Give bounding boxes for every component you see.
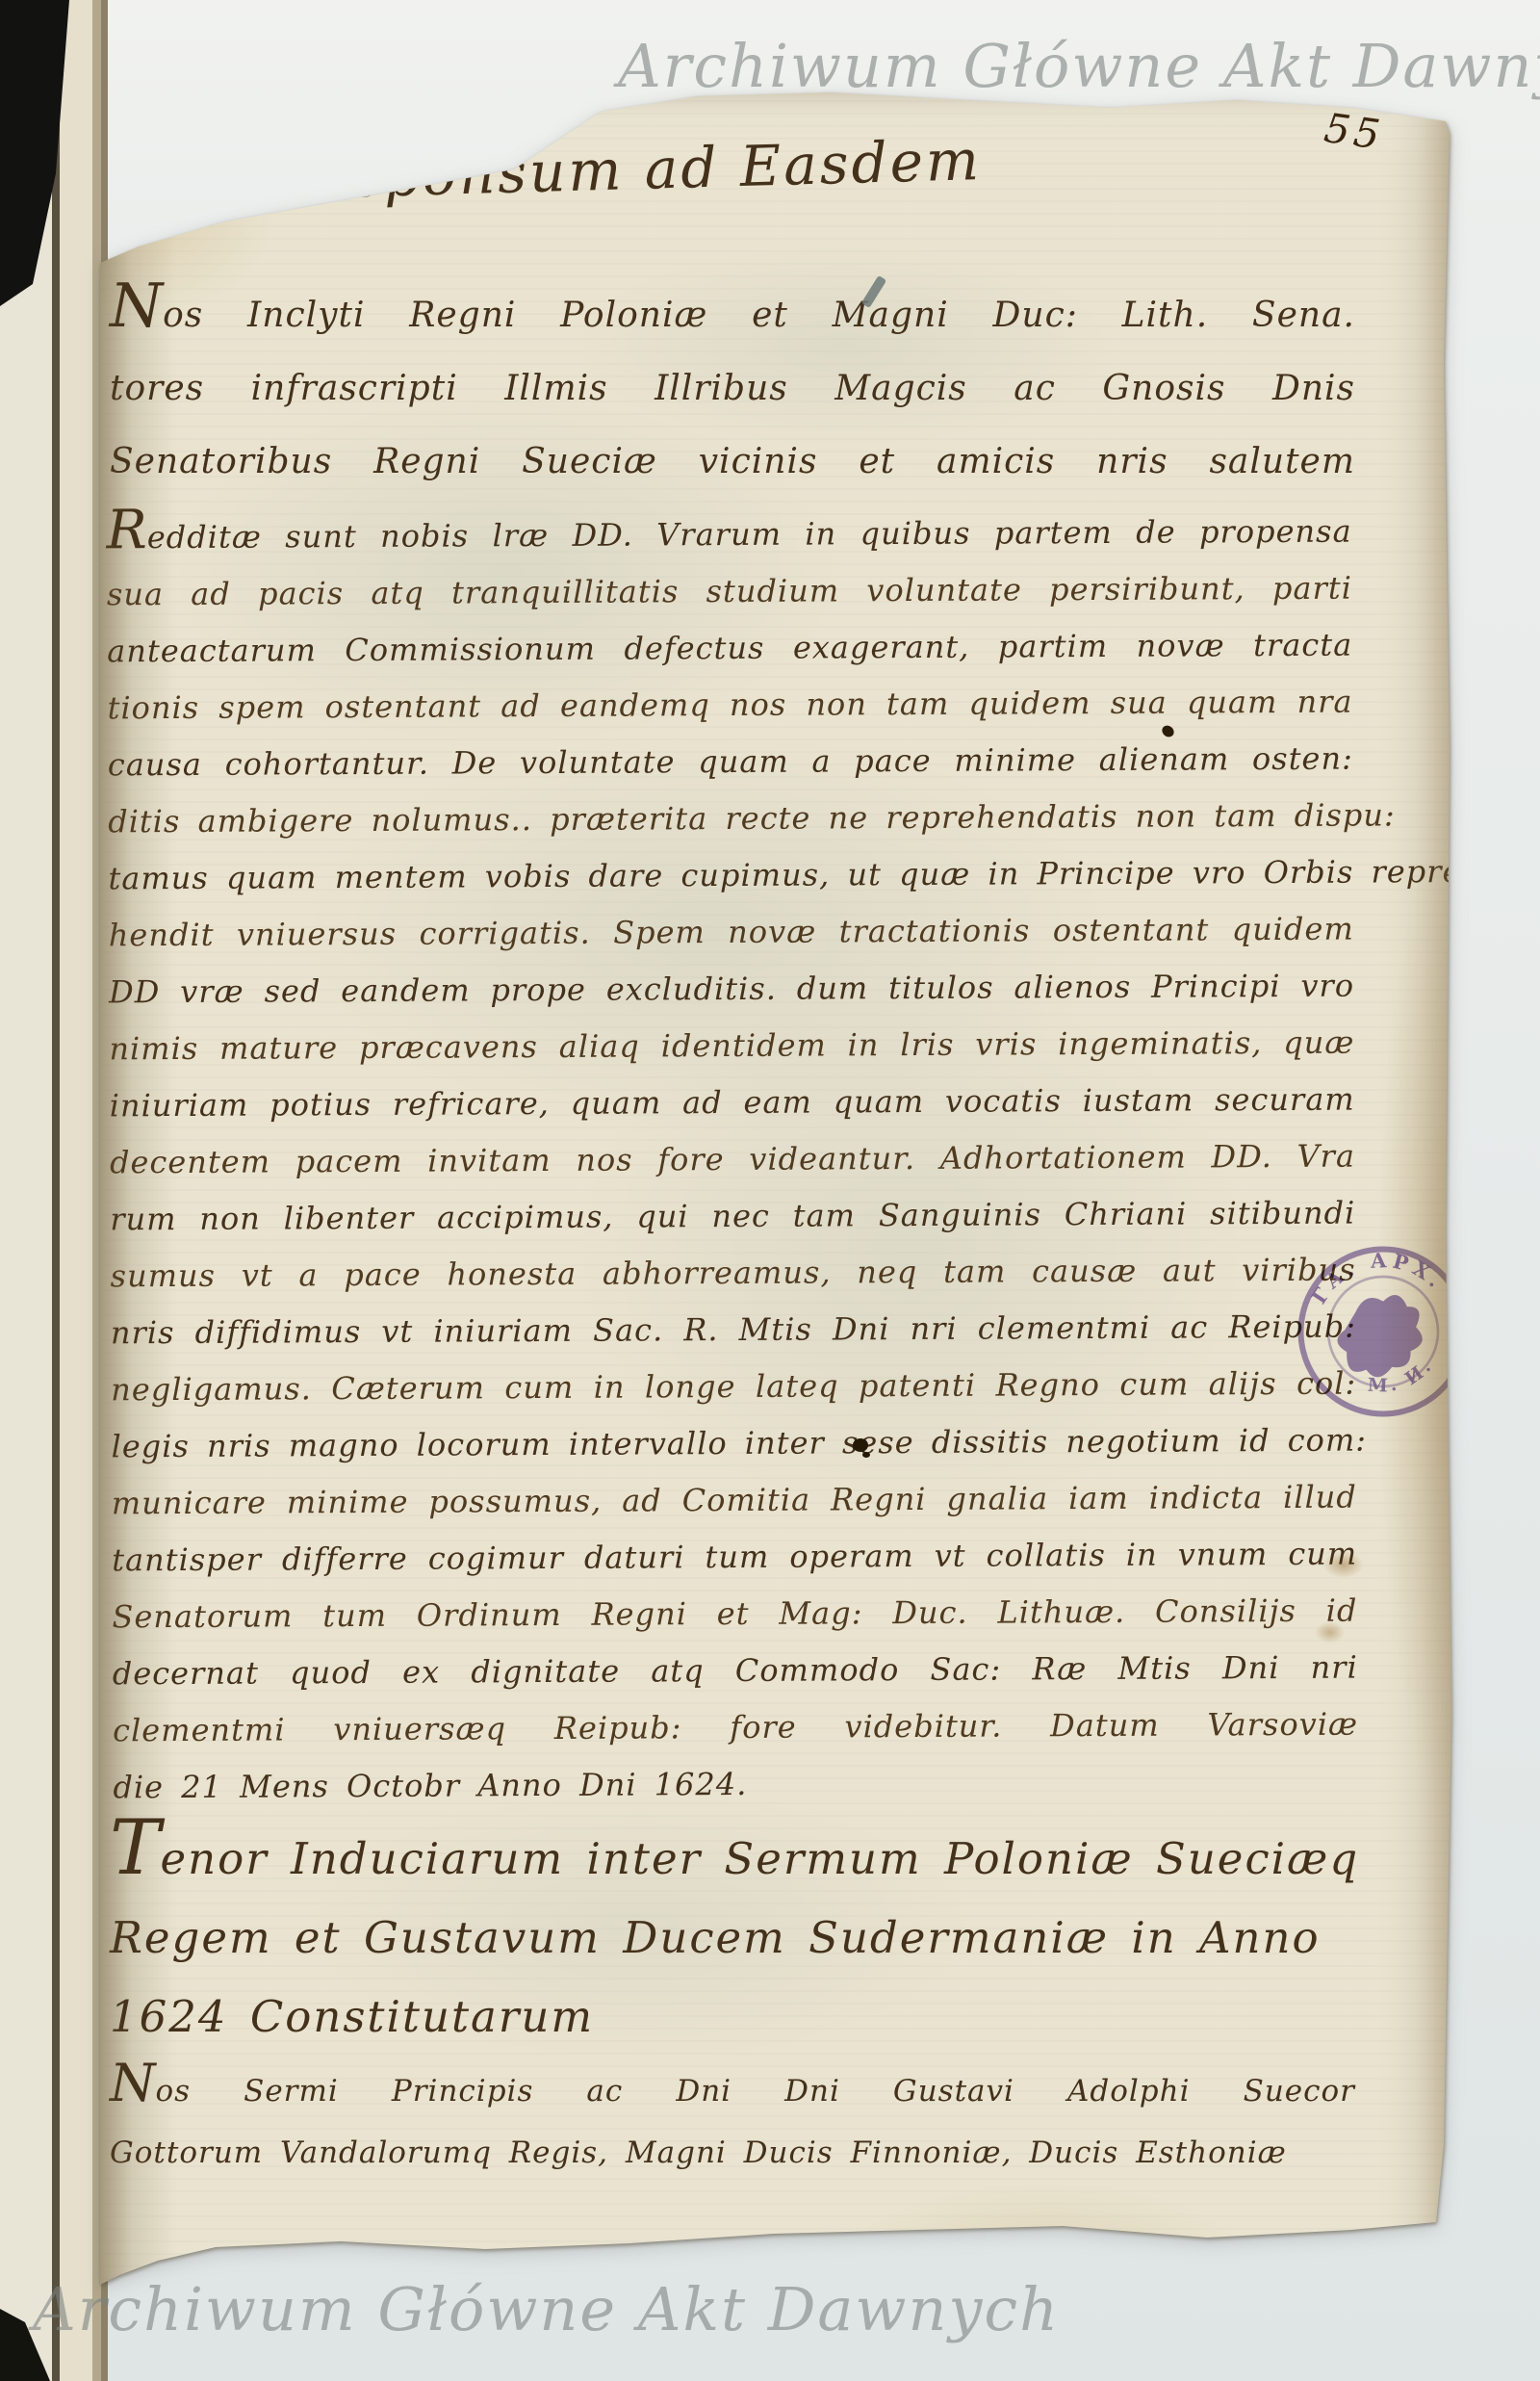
manuscript-scan: 55 Responsum ad Easdem Nos Inclyti Regni… xyxy=(0,0,1540,2381)
body-line: legis nris magno locorum intervallo inte… xyxy=(111,1412,1356,1476)
salutation-line: Senatoribus Regni Sueciæ vicinis et amic… xyxy=(110,426,1355,499)
body-line: iniuriam potius refricare, quam ad eam q… xyxy=(110,1072,1355,1135)
body-line: tamus quam mentem vobis dare cupimus, ut… xyxy=(108,844,1353,908)
body-line: decernat quod ex dignitate atq Commodo S… xyxy=(113,1640,1358,1703)
section-heading: Tenor Induciarum inter Sermum Poloniæ Su… xyxy=(110,1820,1355,2057)
body-line: tantisper differre cogimur daturi tum op… xyxy=(112,1526,1357,1590)
body-line: causa cohortantur. De voluntate quam a p… xyxy=(108,731,1353,794)
manuscript-title: Responsum ad Easdem xyxy=(270,126,1004,212)
closing-paragraph: Nos Sermi Principis ac Dni Dni Gustavi A… xyxy=(110,2060,1355,2184)
page-sheet-wrap: 55 Responsum ad Easdem Nos Inclyti Regni… xyxy=(100,75,1451,2332)
ink-blot xyxy=(853,1438,868,1452)
heading-line: Tenor Induciarum inter Sermum Poloniæ Su… xyxy=(110,1820,1355,1899)
body-line: nris diffidimus vt iniuriam Sac. R. Mtis… xyxy=(111,1299,1356,1362)
body-line: Redditæ sunt nobis lræ DD. Vrarum in qui… xyxy=(106,504,1351,567)
body-line: decentem pacem invitam nos fore videantu… xyxy=(110,1128,1355,1192)
closing-line: Nos Sermi Principis ac Dni Dni Gustavi A… xyxy=(110,2060,1355,2122)
body-line: sumus vt a pace honesta abhorreamus, neq… xyxy=(110,1242,1355,1306)
body-line: clementmi vniuersæq Reipub: fore videbit… xyxy=(113,1696,1358,1760)
heading-line: 1624 Constitutarum xyxy=(110,1978,1355,2057)
page-sheet: 55 Responsum ad Easdem Nos Inclyti Regni… xyxy=(100,75,1451,2332)
body-paragraph: Redditæ sunt nobis lræ DD. Vrarum in qui… xyxy=(106,504,1358,1817)
body-line: negligamus. Cæterum cum in longe lateq p… xyxy=(111,1356,1356,1419)
stacked-page-edges xyxy=(0,0,108,2381)
body-line: DD vræ sed eandem prope excluditis. dum … xyxy=(109,958,1354,1022)
body-line: rum non libenter accipimus, qui nec tam … xyxy=(110,1185,1355,1249)
salutation-line: Nos Inclyti Regni Poloniæ et Magni Duc: … xyxy=(110,279,1355,352)
salutation-line: tores infrascripti Illmis Illribus Magci… xyxy=(110,352,1355,426)
salutation-paragraph: Nos Inclyti Regni Poloniæ et Magni Duc: … xyxy=(110,279,1355,499)
body-line: nimis mature præcavens aliaq identidem i… xyxy=(109,1015,1354,1078)
body-line: die 21 Mens Octobr Anno Dni 1624. xyxy=(113,1753,1358,1817)
heading-line: Regem et Gustavum Ducem Sudermaniæ in An… xyxy=(110,1899,1355,1978)
body-line: municare minime possumus, ad Comitia Reg… xyxy=(112,1469,1357,1533)
folio-number: 55 xyxy=(1322,104,1387,159)
body-line: Senatorum tum Ordinum Regni et Mag: Duc.… xyxy=(112,1583,1357,1646)
body-line: hendit vniuersus corrigatis. Spem novæ t… xyxy=(109,901,1354,965)
closing-line: Gottorum Vandalorumq Regis, Magni Ducis … xyxy=(110,2122,1355,2184)
body-line: anteactarum Commissionum defectus exager… xyxy=(107,617,1352,681)
body-line: ditis ambigere nolumus.. præterita recte… xyxy=(108,788,1353,851)
body-line: sua ad pacis atq tranquillitatis studium… xyxy=(107,560,1352,624)
